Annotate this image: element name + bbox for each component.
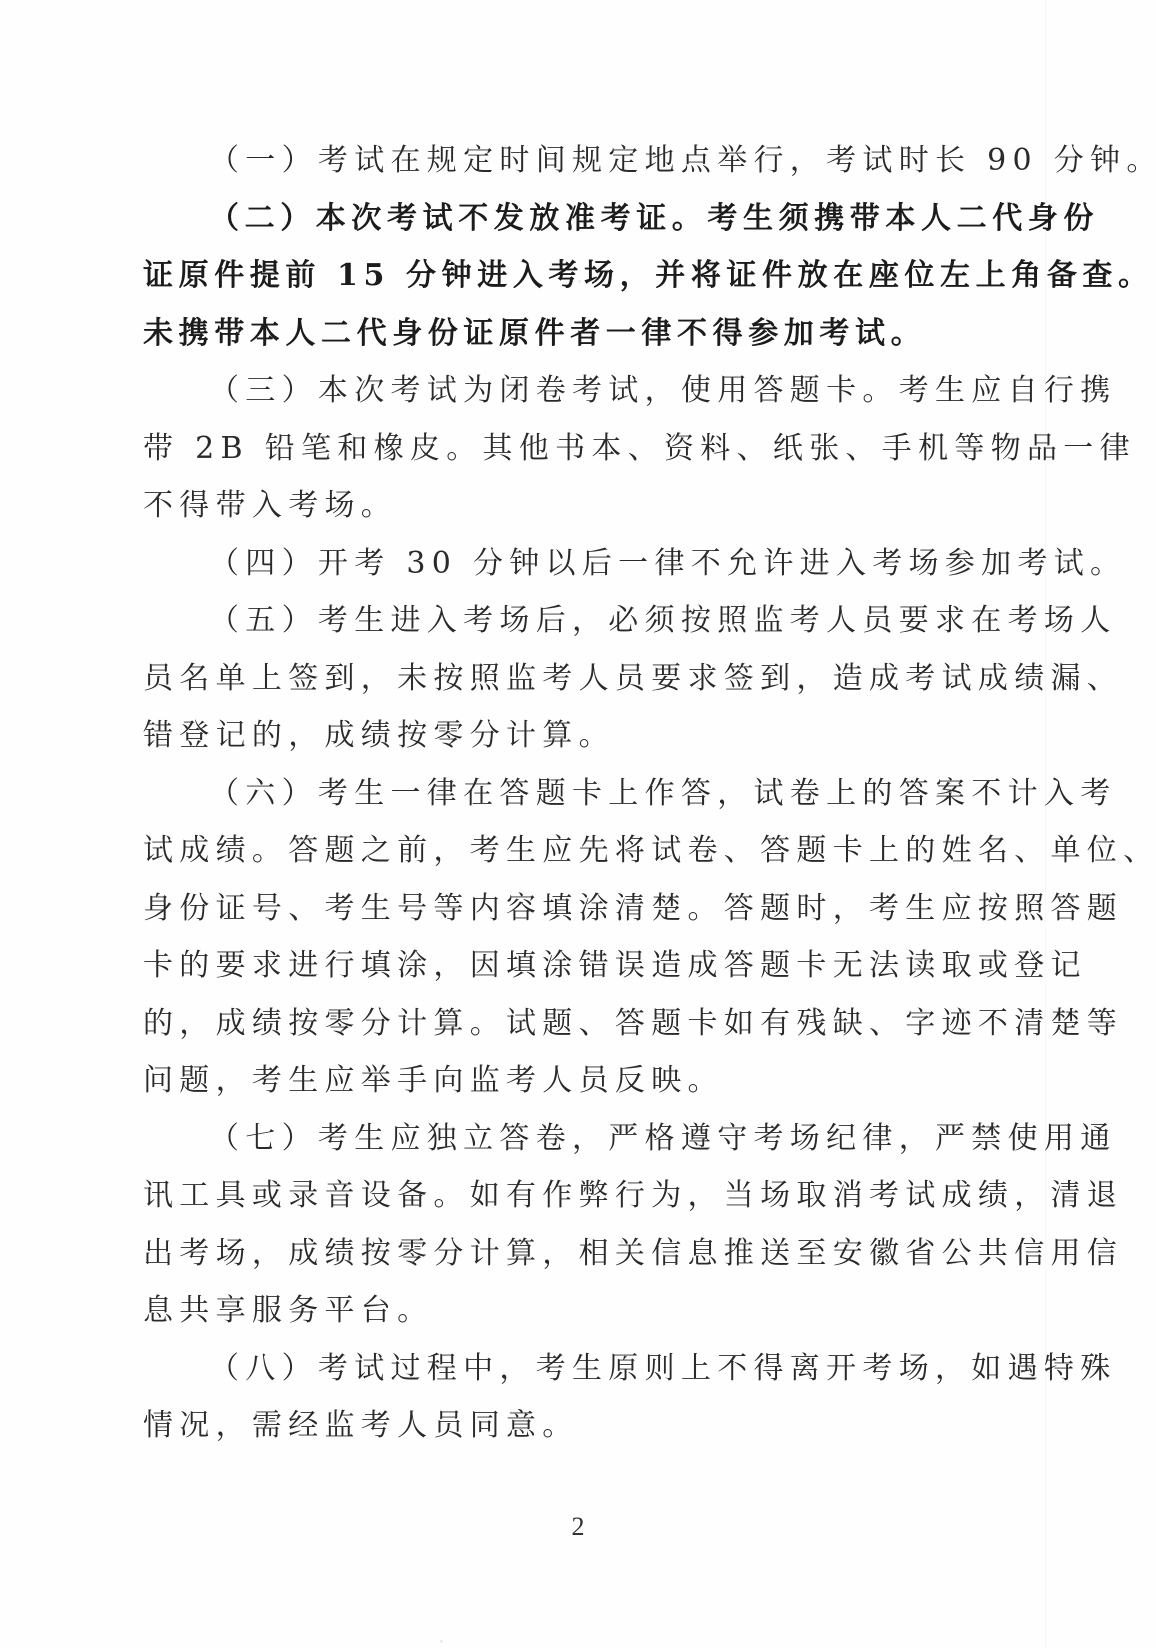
text-line: （八）考试过程中，考生原则上不得离开考场，如遇特殊: [143, 1340, 1013, 1398]
text-line: （四）开考 30 分钟以后一律不允许进入考场参加考试。: [143, 535, 1013, 593]
document-page: （一）考试在规定时间规定地点举行，考试时长 90 分钟。（二）本次考试不发放准考…: [0, 0, 1156, 1648]
text-line: 息共享服务平台。: [143, 1282, 1013, 1340]
text-line: 情况，需经监考人员同意。: [143, 1397, 1013, 1455]
text-line: 未携带本人二代身份证原件者一律不得参加考试。: [143, 305, 1013, 363]
text-line: （五）考生进入考场后，必须按照监考人员要求在考场人: [143, 592, 1013, 650]
text-line: 带 2B 铅笔和橡皮。其他书本、资料、纸张、手机等物品一律: [143, 420, 1013, 478]
text-line: （二）本次考试不发放准考证。考生须携带本人二代身份: [143, 190, 1013, 248]
text-line: （一）考试在规定时间规定地点举行，考试时长 90 分钟。: [143, 132, 1013, 190]
text-line: 的，成绩按零分计算。试题、答题卡如有残缺、字迹不清楚等: [143, 995, 1013, 1053]
text-line: （六）考生一律在答题卡上作答，试卷上的答案不计入考: [143, 765, 1013, 823]
text-line: 讯工具或录音设备。如有作弊行为，当场取消考试成绩，清退: [143, 1167, 1013, 1225]
section-3: （三）本次考试为闭卷考试，使用答题卡。考生应自行携带 2B 铅笔和橡皮。其他书本…: [143, 362, 1013, 535]
text-line: 证原件提前 15 分钟进入考场，并将证件放在座位左上角备查。: [143, 247, 1013, 305]
text-line: 卡的要求进行填涂，因填涂错误造成答题卡无法读取或登记: [143, 937, 1013, 995]
text-line: 错登记的，成绩按零分计算。: [143, 707, 1013, 765]
text-line: 试成绩。答题之前，考生应先将试卷、答题卡上的姓名、单位、: [143, 822, 1013, 880]
scan-speck: [440, 1640, 443, 1643]
text-line: 问题，考生应举手向监考人员反映。: [143, 1052, 1013, 1110]
text-line: （三）本次考试为闭卷考试，使用答题卡。考生应自行携: [143, 362, 1013, 420]
text-line: 出考场，成绩按零分计算，相关信息推送至安徽省公共信用信: [143, 1225, 1013, 1283]
section-5: （五）考生进入考场后，必须按照监考人员要求在考场人员名单上签到，未按照监考人员要…: [143, 592, 1013, 765]
section-1: （一）考试在规定时间规定地点举行，考试时长 90 分钟。: [143, 132, 1013, 190]
text-line: 不得带入考场。: [143, 477, 1013, 535]
text-line: 员名单上签到，未按照监考人员要求签到，造成考试成绩漏、: [143, 650, 1013, 708]
scan-edge-line: [1045, 0, 1046, 1648]
document-body: （一）考试在规定时间规定地点举行，考试时长 90 分钟。（二）本次考试不发放准考…: [143, 132, 1013, 1455]
section-8: （八）考试过程中，考生原则上不得离开考场，如遇特殊情况，需经监考人员同意。: [143, 1340, 1013, 1455]
section-2: （二）本次考试不发放准考证。考生须携带本人二代身份证原件提前 15 分钟进入考场…: [143, 190, 1013, 363]
section-4: （四）开考 30 分钟以后一律不允许进入考场参加考试。: [143, 535, 1013, 593]
page-number: 2: [0, 1512, 1156, 1542]
text-line: （七）考生应独立答卷，严格遵守考场纪律，严禁使用通: [143, 1110, 1013, 1168]
section-7: （七）考生应独立答卷，严格遵守考场纪律，严禁使用通讯工具或录音设备。如有作弊行为…: [143, 1110, 1013, 1340]
text-line: 身份证号、考生号等内容填涂清楚。答题时，考生应按照答题: [143, 880, 1013, 938]
section-6: （六）考生一律在答题卡上作答，试卷上的答案不计入考试成绩。答题之前，考生应先将试…: [143, 765, 1013, 1110]
